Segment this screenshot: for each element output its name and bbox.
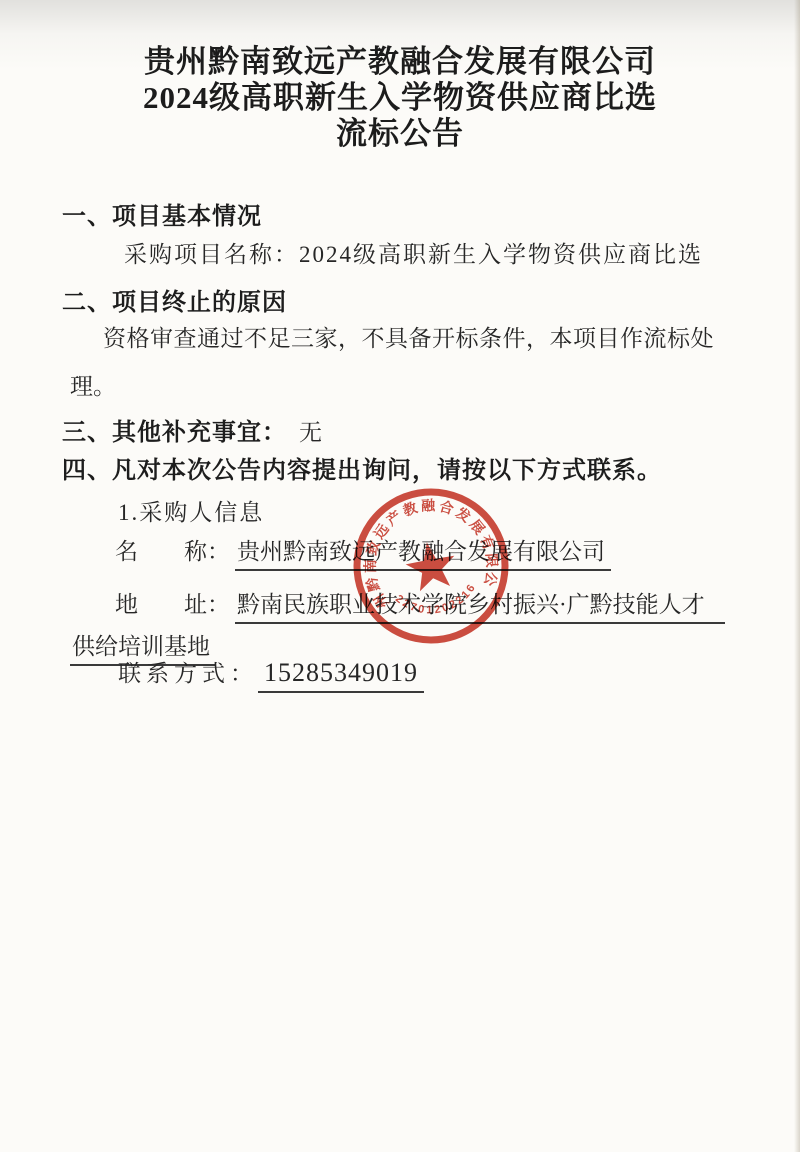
section-1-heading: 一、项目基本情况 (62, 196, 262, 231)
section-2-heading: 二、项目终止的原因 (62, 282, 287, 317)
document-page: 贵州黔南致远产教融合发展有限公司 2024级高职新生入学物资供应商比选 流标公告… (0, 0, 800, 1152)
section-3-heading: 三、其他补充事宜： (62, 419, 287, 446)
purchaser-name-row: 名 称：贵州黔南致远产教融合发展有限公司 (115, 533, 611, 571)
section-1-body: 采购项目名称：2024级高职新生入学物资供应商比选 (124, 236, 703, 269)
purchaser-name-value: 贵州黔南致远产教融合发展有限公司 (235, 533, 611, 571)
purchaser-address-row: 地 址：黔南民族职业技术学院乡村振兴·广黔技能人才 (115, 586, 725, 624)
title-line-2: 2024级高职新生入学物资供应商比选 (0, 80, 800, 116)
document-title: 贵州黔南致远产教融合发展有限公司 2024级高职新生入学物资供应商比选 流标公告 (0, 44, 800, 152)
title-line-1: 贵州黔南致远产教融合发展有限公司 (0, 44, 800, 80)
section-2-body-line-1: 资格审查通过不足三家，不具备开标条件，本项目作流标处 (103, 320, 714, 353)
purchaser-contact-value: 15285349019 (258, 658, 424, 693)
purchaser-subheading: 1.采购人信息 (118, 494, 264, 527)
section-3-value: 无 (299, 420, 322, 445)
purchaser-address-value-line-1: 黔南民族职业技术学院乡村振兴·广黔技能人才 (235, 586, 725, 624)
purchaser-contact-row: 联系方式：15285349019 (118, 655, 424, 693)
title-line-3: 流标公告 (0, 116, 800, 152)
section-3-row: 三、其他补充事宜：无 (62, 412, 322, 447)
purchaser-name-label: 名 称： (115, 533, 235, 566)
section-4-heading: 四、凡对本次公告内容提出询问，请按以下方式联系。 (62, 450, 662, 485)
purchaser-contact-label: 联系方式： (118, 661, 258, 686)
purchaser-address-label: 地 址： (115, 586, 235, 619)
section-2-body-line-2: 理。 (70, 368, 116, 401)
scan-shadow-right (794, 0, 800, 1152)
